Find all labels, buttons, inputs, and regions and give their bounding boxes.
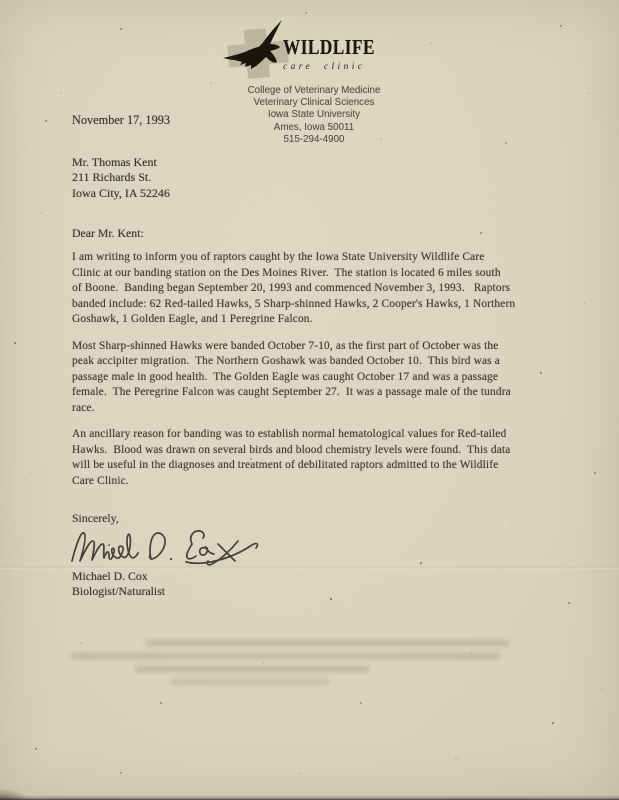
body-line: banded include: 62 Red-tailed Hawks, 5 S… (72, 298, 515, 310)
body-line: Most Sharp-shinned Hawks were banded Oct… (72, 340, 498, 352)
handwritten-signature (66, 521, 282, 573)
body-line: Hawks. Blood was drawn on several birds … (72, 444, 510, 456)
scan-edge-shadow (0, 795, 619, 800)
letter-body: I am writing to inform you of raptors ca… (72, 250, 572, 500)
recipient-address: Mr. Thomas Kent 211 Richards St. Iowa Ci… (72, 155, 170, 201)
body-line: will be useful in the diagnoses and trea… (72, 459, 498, 471)
body-line: passage male in good health. The Golden … (72, 371, 498, 383)
bleedthrough-smudge (135, 666, 370, 672)
recipient-street: 211 Richards St. (72, 170, 170, 185)
letterhead-address: College of Veterinary Medicine Veterinar… (204, 85, 424, 146)
letterhead-address-line: College of Veterinary Medicine (204, 85, 424, 97)
bleedthrough-smudge (70, 653, 500, 659)
body-line: Care Clinic. (72, 475, 129, 487)
paragraph-3: An ancillary reason for banding was to e… (72, 427, 572, 489)
letterhead-address-line: Iowa State University (204, 109, 424, 121)
body-line: race. (72, 402, 95, 414)
body-line: I am writing to inform you of raptors ca… (72, 251, 485, 263)
letterhead-address-line: Ames, Iowa 50011 (204, 122, 424, 134)
letterhead-phone: 515-294-4900 (204, 134, 424, 146)
body-line: of Boone. Banding began September 20, 19… (72, 282, 510, 294)
body-line: An ancillary reason for banding was to e… (72, 428, 506, 440)
org-name: WILDLIFE (283, 35, 375, 60)
salutation: Dear Mr. Kent: (72, 226, 144, 241)
bleedthrough-smudge (145, 640, 510, 646)
letterhead-address-line: Veterinary Clinical Sciences (204, 97, 424, 109)
paragraph-1: I am writing to inform you of raptors ca… (72, 250, 572, 328)
body-line: peak accipiter migration. The Northern G… (72, 355, 500, 367)
sender-name: Michael D. Cox (72, 569, 165, 584)
signature-block: Michael D. Cox Biologist/Naturalist (72, 569, 165, 599)
letter-page: WILDLIFE care clinic College of Veterina… (0, 0, 619, 800)
body-line: Goshawk, 1 Golden Eagle, and 1 Peregrine… (72, 313, 313, 325)
sender-title: Biologist/Naturalist (72, 584, 165, 599)
org-tagline: care clinic (283, 62, 395, 72)
recipient-city: Iowa City, IA 52246 (72, 186, 170, 201)
paragraph-2: Most Sharp-shinned Hawks were banded Oct… (72, 339, 572, 417)
body-line: Clinic at our banding station on the Des… (72, 267, 501, 279)
body-line: female. The Peregrine Falcon was caught … (72, 386, 511, 398)
letter-date: November 17, 1993 (72, 113, 170, 128)
paper-flecks (0, 0, 2, 2)
bleedthrough-smudge (170, 679, 330, 685)
recipient-name: Mr. Thomas Kent (72, 155, 170, 170)
scan-corner-shadow (0, 788, 30, 800)
